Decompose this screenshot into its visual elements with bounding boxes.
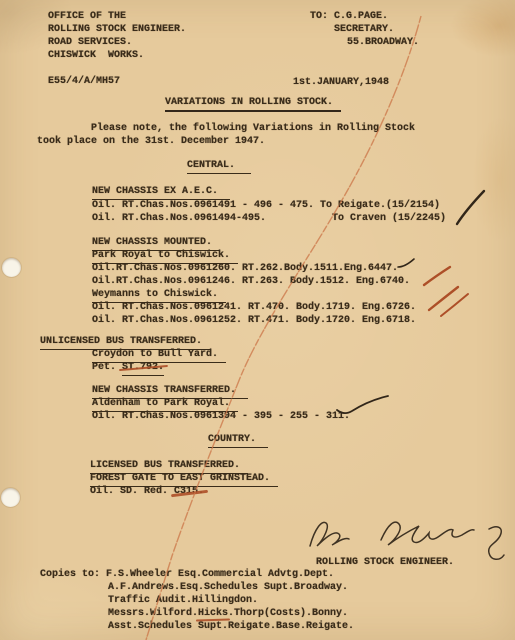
signatory-role: ROLLING STOCK ENGINEER. — [316, 556, 454, 569]
intro-line: took place on the 31st. December 1947. — [37, 135, 265, 148]
section-heading-country: COUNTRY. — [208, 433, 268, 448]
copies-line: Asst.Schedules Supt.Reigate.Base.Reigate… — [108, 620, 354, 633]
stock-row: Oil. RT.Chas.Nos.0961494-495. To Craven … — [92, 212, 446, 225]
copies-line: Messrs.Wilford.Hicks.Thorp(Costs).Bonny. — [108, 607, 348, 620]
document-title: VARIATIONS IN ROLLING STOCK. — [165, 96, 341, 112]
recipient-line: 55.BROADWAY. — [347, 36, 419, 49]
stock-row: Oil. RT.Chas.Nos.0961394 - 395 - 255 - 3… — [92, 410, 350, 423]
stock-row: Oil.RT.Chas.Nos.0961246. RT.263. Body.15… — [92, 275, 410, 288]
punch-hole-top — [2, 258, 21, 277]
intro-line: Please note, the following Variations in… — [37, 122, 415, 135]
copies-line: Copies to: F.S.Wheeler Esq.Commercial Ad… — [40, 568, 334, 581]
office-address-line: OFFICE OF THE — [48, 10, 126, 23]
subsection-heading: NEW CHASSIS EX A.E.C. — [92, 185, 230, 200]
red-tick-mark — [441, 294, 468, 316]
black-check-mark — [398, 259, 414, 267]
stock-row: Pet. ST.792. — [92, 361, 164, 376]
office-address-line: ROAD SERVICES. — [48, 36, 132, 49]
handwritten-signature — [310, 522, 504, 559]
recipient-line: SECRETARY. — [334, 23, 394, 36]
reference-number: E55/4/A/MH57 — [48, 75, 120, 88]
stock-row: Oil. RT.Chas.Nos.0961252. RT.471. Body.1… — [92, 314, 416, 327]
stock-row: Oil. SD. Red. C315. — [90, 485, 204, 498]
office-address-line: ROLLING STOCK ENGINEER. — [48, 23, 186, 36]
stock-row: Oil. RT.Chas.Nos.0961241. RT.470. Body.1… — [92, 301, 416, 314]
copies-line: A.F.Andrews.Esq.Schedules Supt.Broadway. — [108, 581, 348, 594]
red-tick-mark — [429, 287, 458, 310]
punch-hole-bottom — [1, 488, 20, 507]
red-tick-mark — [424, 267, 450, 285]
red-underlined-text: Hicks — [198, 608, 228, 619]
office-address-line: CHISWICK WORKS. — [48, 49, 144, 62]
memo-document: OFFICE OF THE ROLLING STOCK ENGINEER. RO… — [0, 0, 515, 640]
stock-row: Oil. RT.Chas.Nos.0961491 - 496 - 475. To… — [92, 199, 440, 212]
black-tick-mark — [457, 191, 484, 224]
section-heading-central: CENTRAL. — [187, 159, 251, 174]
copies-line: Traffic Audit.Hillingdon. — [108, 594, 258, 607]
stock-row: Oil.RT.Chas.Nos.0961260. RT.262.Body.151… — [92, 262, 398, 275]
document-date: 1st.JANUARY,1948 — [293, 76, 389, 89]
red-struck-text: ST.792. — [122, 361, 164, 376]
recipient-line: TO: C.G.PAGE. — [310, 10, 388, 23]
red-struck-text: C315. — [174, 486, 204, 497]
